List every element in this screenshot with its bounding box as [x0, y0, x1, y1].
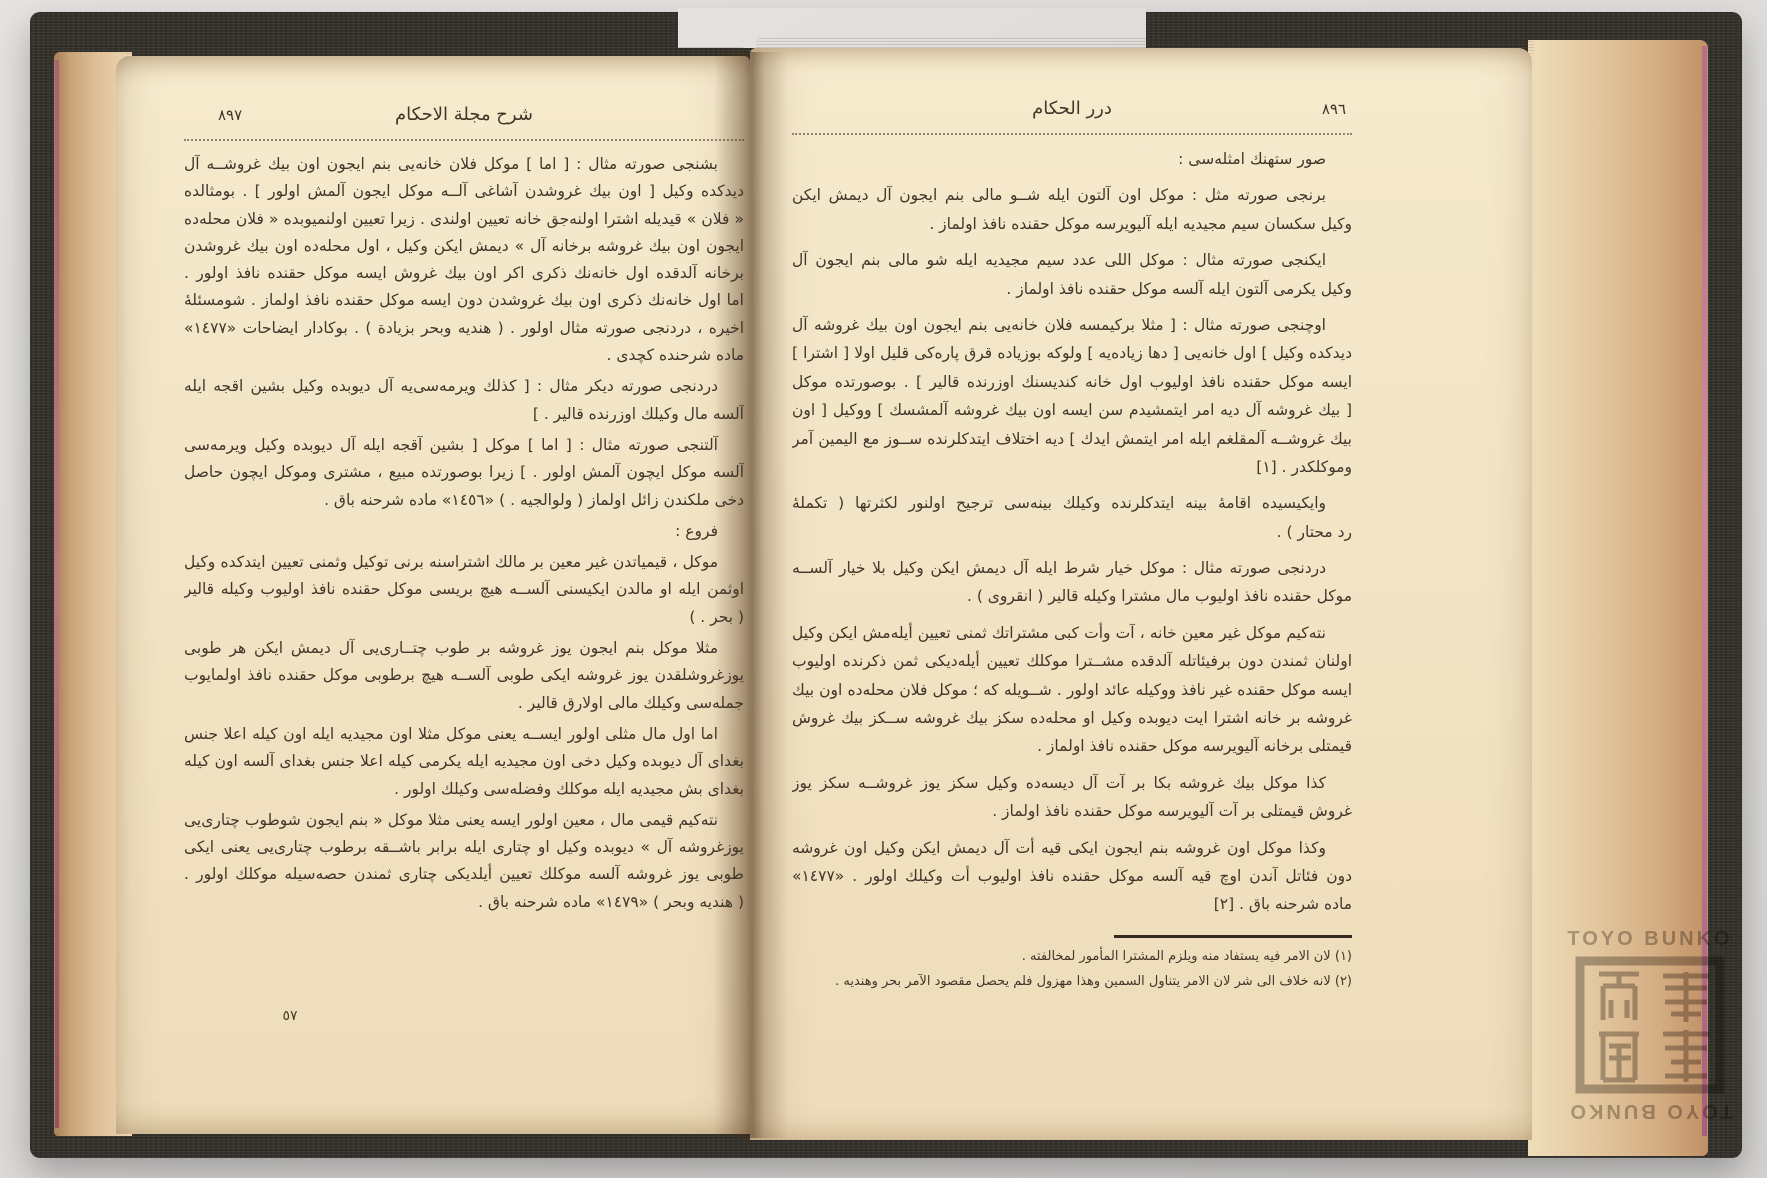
right-page-body: صور ستهنك امثله‌سى :برنجى صورته مثل : مو… — [792, 145, 1352, 919]
right-page-header: ٨٩٦ درر الحكام — [792, 98, 1352, 130]
text-line: طوبى يوز غروشه آلسه موكلك تعيين أيلديكى … — [184, 861, 744, 888]
text-line: اوثمن ايله او مالدن ايكيسنى آلســه هيچ ب… — [184, 576, 744, 603]
text-line: ايسه موكل حقنده غير نافذ ووكيله عائد اول… — [792, 676, 1352, 704]
text-line: اولنان ثمندن دون برفيئاتله آلدقده مشــتر… — [792, 647, 1352, 675]
text-line: موكل حقنده نافذ اوليوب مال مشترا وكيله ق… — [792, 582, 1352, 610]
text-line: آلتنجى صورته مثال : [ اما ] موكل [ بشين … — [184, 432, 744, 459]
footnote-separator — [1114, 935, 1352, 938]
text-line: بشنجى صورته مثال : [ اما ] موكل فلان خان… — [184, 151, 744, 178]
watermark-text-bottom: TOYO BUNKO — [1550, 1099, 1750, 1122]
footnote-line: (١) لان الامر فيه يستفاد منه ويلزم المشت… — [792, 944, 1352, 969]
left-page-signature-number: ٥٧ — [250, 1008, 330, 1024]
left-page-header: ٨٩٧ شرح مجلة الاحكام — [184, 104, 744, 136]
text-line: برنجى صورته مثل : موكل اون آلتون ايله شـ… — [792, 181, 1352, 209]
text-line: دردنجى صورته ديكر مثال : [ كذلك ويرمه‌سى… — [184, 373, 744, 400]
text-line: نته‌كيم موكل غير معين خانه ، آت وأت كبى … — [792, 619, 1352, 647]
text-line: يوزغروشه آل » ديوبده وكيل او چتارى ايله … — [184, 834, 744, 861]
left-page-running-title: شرح مجلة الاحكام — [184, 104, 744, 125]
text-line: ايسه موكل حقنده نافذ اوليوب اول خانه كند… — [792, 368, 1352, 396]
right-header-rule — [792, 133, 1352, 135]
text-line: اخيره ، دردنجى صورته مثال اولور . ( هندي… — [184, 315, 744, 342]
text-line: اوچنجى صورته مثال : [ مثلا بركيمسه فلان … — [792, 311, 1352, 339]
text-line: رد محتار ) . — [792, 518, 1352, 546]
footnotes: (١) لان الامر فيه يستفاد منه ويلزم المشت… — [792, 944, 1352, 994]
book-photograph: ٨٩٧ شرح مجلة الاحكام بشنجى صورته مثال : … — [0, 0, 1767, 1178]
text-line: ماده شرحنده كچدى . — [184, 342, 744, 369]
text-line: ايكنجى صورته مثال : موكل اللى عدد سيم مج… — [792, 246, 1352, 274]
text-line: ( بحر . ) — [184, 604, 744, 631]
text-line: صور ستهنك امثله‌سى : — [792, 145, 1352, 173]
text-line: مثلا موكل بنم ايجون يوز غروشه بر طوب چتـ… — [184, 635, 744, 662]
text-line: وكذا موكل اون غروشه بنم ايجون ايكى قيه أ… — [792, 834, 1352, 862]
text-line: آلسه موكل ايچون آلمش اولور . ] زيرا بوصو… — [184, 459, 744, 486]
text-line: غروش قيمتلى بر آت آليويرسه موكل حقنده نا… — [792, 797, 1352, 825]
text-line: برخانه آلدقده اول خانه‌نك ذكرى اكر اون ب… — [184, 260, 744, 287]
text-line: بيك غروشــه آلمقلغم ايله امر ايتمش ايدك … — [792, 425, 1352, 453]
text-line: جمله‌سى وكيلك مالى اولارق قالير . — [184, 690, 744, 717]
text-line: دردنجى صورته مثال : موكل خيار شرط ايله آ… — [792, 554, 1352, 582]
text-line: دون فئاتل آندن اوچ قيه آلسه موكل حقنده ن… — [792, 862, 1352, 890]
text-line: نته‌كيم قيمى مال ، معين اولور ايسه يعنى … — [184, 807, 744, 834]
text-line: ( هنديه وبحر ) «١٤٧٩» ماده شرحنه باق . — [184, 889, 744, 916]
text-line: غروشه بر خانه اشترا ايت ديوبده وكيل او م… — [792, 704, 1352, 732]
text-line: وايكيسيده اقامهٔ بينه ايتدكلرنده وكيلك ب… — [792, 489, 1352, 517]
toyo-bunko-watermark: TOYO BUNKO TOYO BUNKO — [1550, 928, 1750, 1136]
text-line: قيمتلى برخانه آليويرسه موكل حقنده نافذ ا… — [792, 732, 1352, 760]
left-header-rule — [184, 139, 744, 141]
text-line: ماده شرحنه باق . [٢] — [792, 890, 1352, 918]
text-line: [ بيك غروشه آل ديه امر ايتمشيدم سن ايسه … — [792, 396, 1352, 424]
left-page-body: بشنجى صورته مثال : [ اما ] موكل فلان خان… — [184, 151, 744, 916]
text-line: كذا موكل بيك غروشه بكا بر آت آل ديسه‌ده … — [792, 769, 1352, 797]
watermark-text-top: TOYO BUNKO — [1550, 928, 1750, 951]
text-line: ديدكده وكيل [ اون بيك غروشدن آشاغى آلــه… — [184, 178, 744, 205]
left-page-text-block: ٨٩٧ شرح مجلة الاحكام بشنجى صورته مثال : … — [184, 104, 744, 916]
toyo-bunko-seal-icon — [1575, 956, 1725, 1094]
endpaper-edge-left — [55, 60, 59, 1128]
text-line: يوزغروشلقدن يوز غروشه ايكى طوبى آلســه ه… — [184, 662, 744, 689]
text-line: وكيل سكسان سيم مجيديه ايله آليويرسه موكل… — [792, 210, 1352, 238]
text-line: ايجون اون بيك غروشه برخانه آل » ديمش ايك… — [184, 233, 744, 260]
text-line: بغداى بش مجيديه ايله موكلك وفضله‌سى وكيل… — [184, 776, 744, 803]
right-page-running-title: درر الحكام — [792, 98, 1352, 119]
text-line: آلسه مال وكيلك اوزرنده قالير . ] — [184, 401, 744, 428]
text-line: بغداى آل ديوبده وكيل دخى اون مجيديه ايله… — [184, 748, 744, 775]
footnote-line: (٢) لانه خلاف الى شر لان الامر يتناول ال… — [792, 969, 1352, 994]
text-line: اما اول خانه‌نك ذكرى اون بيك غروشدن دون … — [184, 287, 744, 314]
text-line: فروع : — [184, 518, 744, 545]
text-line: ديدكده وكيل ] اول خانه‌يى [ دها زياده‌يه… — [792, 339, 1352, 367]
text-line: اما اول مال مثلى اولور ايســه يعنى موكل … — [184, 721, 744, 748]
text-line: دخى ملكندن زائل اولماز ( ولوالجيه . ) «١… — [184, 487, 744, 514]
text-line: موكل ، قيمياتدن غير معين بر مالك اشتراسن… — [184, 549, 744, 576]
text-line: وموكلكدر . [١] — [792, 453, 1352, 481]
text-line: « فلان » قيديله اشترا اولنه‌جق خانه تعيي… — [184, 206, 744, 233]
text-line: وكيل يكرمى آلتون ايله آلسه موكل حقنده نا… — [792, 275, 1352, 303]
right-page-text-block: ٨٩٦ درر الحكام صور ستهنك امثله‌سى :برنجى… — [792, 98, 1352, 994]
